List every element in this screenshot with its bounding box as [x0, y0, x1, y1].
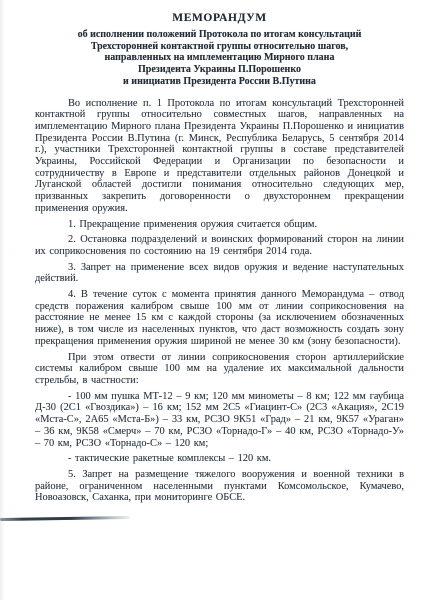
clause-5-heavy-weapons-ban: 5. Запрет на размещение тяжелого вооруже… [35, 469, 404, 504]
document-subtitle-line: и инициатив Президента России В.Путина [35, 76, 404, 88]
document-page: МЕМОРАНДУМ об исполнении положений Прото… [0, 0, 425, 600]
artillery-withdrawal-paragraph: При этом отвести от линии соприкосновени… [35, 352, 404, 387]
clause-3-weapons-ban: 3. Запрет на применение всех видов оружи… [35, 262, 404, 285]
intro-paragraph: Во исполнение п. 1 Протокола по итогам к… [35, 98, 404, 215]
document-body: Во исполнение п. 1 Протокола по итогам к… [35, 98, 404, 505]
tactical-missiles-list-item: - тактические ракетные комплексы – 120 к… [35, 453, 404, 465]
document-subtitle-line: Президента Украины П.Порошенко [35, 64, 404, 76]
document-subtitle-line: направленных на имплементацию Мирного пл… [35, 52, 404, 64]
document-subtitle-line: Трехсторонней контактной группы относите… [35, 41, 404, 53]
scan-line-artifact [0, 516, 130, 521]
document-subtitle-line: об исполнении положений Протокола по ито… [35, 29, 404, 41]
clause-1-ceasefire: 1. Прекращение применения оружия считает… [35, 219, 404, 231]
document-title: МЕМОРАНДУМ [35, 12, 404, 24]
artillery-ranges-list-item: - 100 мм пушка МТ-12 – 9 км; 120 мм мино… [35, 391, 404, 450]
clause-2-halt-positions: 2. Остановка подразделений и воинских фо… [35, 234, 404, 257]
document-subtitle: об исполнении положений Протокола по ито… [35, 29, 404, 88]
document-content: МЕМОРАНДУМ об исполнении положений Прото… [35, 12, 404, 504]
clause-4-withdrawal: 4. В течение суток с момента принятия да… [35, 289, 404, 348]
